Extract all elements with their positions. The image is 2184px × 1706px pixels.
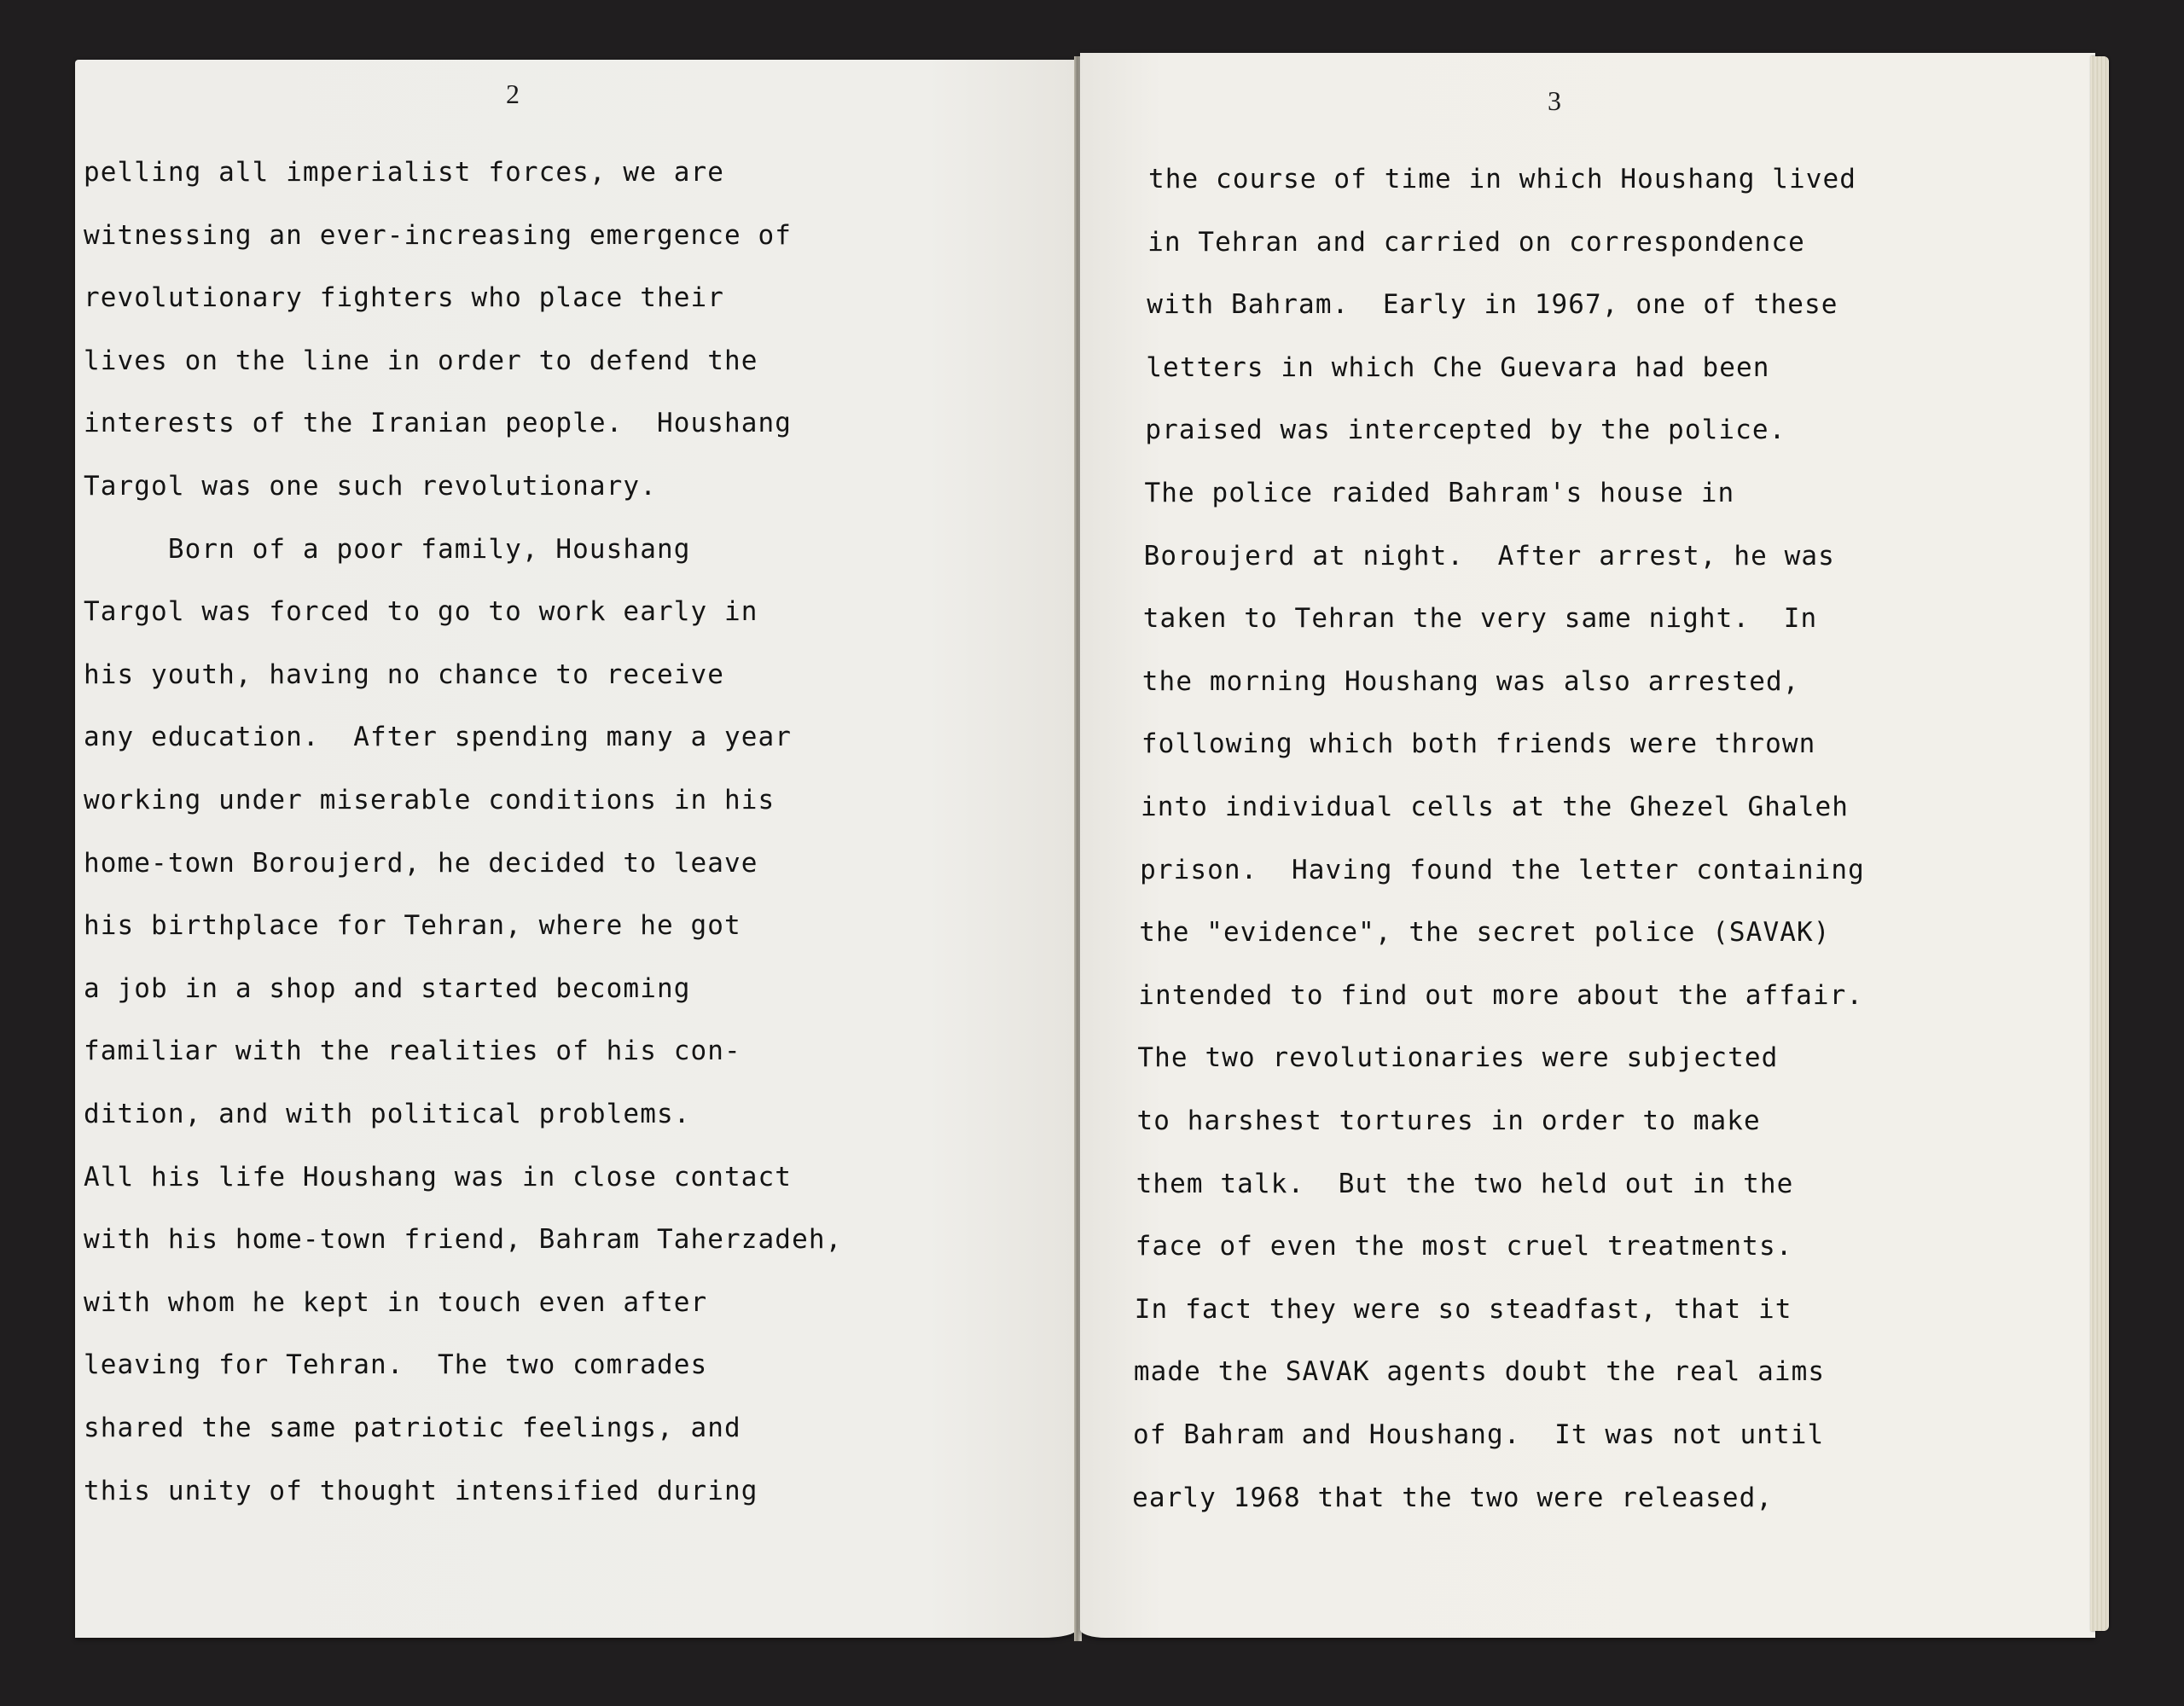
text-line: into individual cells at the Ghezel Ghal… bbox=[1141, 790, 1849, 824]
text-line: praised was intercepted by the police. bbox=[1145, 413, 1786, 447]
text-line: working under miserable conditions in hi… bbox=[84, 783, 775, 817]
text-line: familiar with the realities of his con- bbox=[84, 1034, 741, 1068]
text-line: intended to find out more about the affa… bbox=[1138, 978, 1863, 1013]
text-line: of Bahram and Houshang. It was not until bbox=[1133, 1418, 1824, 1452]
text-line: Targol was forced to go to work early in bbox=[84, 595, 758, 629]
page-edge-stack bbox=[2090, 56, 2109, 1631]
text-line: The two revolutionaries were subjected bbox=[1137, 1041, 1778, 1075]
text-line: shared the same patriotic feelings, and bbox=[84, 1411, 741, 1445]
text-line: any education. After spending many a yea… bbox=[84, 720, 792, 754]
text-line: his birthplace for Tehran, where he got bbox=[84, 908, 741, 943]
text-line: with his home-town friend, Bahram Taherz… bbox=[84, 1222, 842, 1256]
text-line: a job in a shop and started becoming bbox=[84, 972, 691, 1006]
text-line: the course of time in which Houshang liv… bbox=[1148, 162, 1856, 196]
text-line: made the SAVAK agents doubt the real aim… bbox=[1134, 1355, 1825, 1389]
text-line: witnessing an ever-increasing emergence … bbox=[84, 218, 792, 252]
text-line: in Tehran and carried on correspondence bbox=[1147, 225, 1805, 259]
text-line: Boroujerd at night. After arrest, he was bbox=[1144, 539, 1835, 573]
text-line: them talk. But the two held out in the bbox=[1136, 1167, 1794, 1201]
text-line: with Bahram. Early in 1967, one of these bbox=[1147, 287, 1838, 322]
text-line: The police raided Bahram's house in bbox=[1145, 476, 1735, 510]
text-line: In fact they were so steadfast, that it bbox=[1135, 1292, 1792, 1326]
text-line: home-town Boroujerd, he decided to leave bbox=[84, 846, 758, 880]
left-page: 2 pelling all imperialist forces, we are… bbox=[75, 60, 1077, 1638]
text-line: Born of a poor family, Houshang bbox=[84, 532, 691, 566]
text-line: prison. Having found the letter containi… bbox=[1140, 853, 1865, 887]
text-line: early 1968 that the two were released, bbox=[1132, 1481, 1773, 1515]
text-line: interests of the Iranian people. Houshan… bbox=[84, 406, 792, 440]
text-line: taken to Tehran the very same night. In bbox=[1143, 601, 1818, 635]
text-line: following which both friends were thrown bbox=[1141, 727, 1816, 761]
text-line: All his life Houshang was in close conta… bbox=[84, 1160, 792, 1194]
page-number-left: 2 bbox=[506, 78, 520, 110]
text-line: dition, and with political problems. bbox=[84, 1097, 691, 1131]
text-line: pelling all imperialist forces, we are bbox=[84, 155, 724, 189]
text-line: Targol was one such revolutionary. bbox=[84, 469, 657, 503]
text-line: to harshest tortures in order to make bbox=[1137, 1104, 1761, 1138]
text-line: face of even the most cruel treatments. bbox=[1136, 1229, 1793, 1263]
text-line: his youth, having no chance to receive bbox=[84, 658, 724, 692]
text-line: the "evidence", the secret police (SAVAK… bbox=[1139, 915, 1830, 949]
text-line: with whom he kept in touch even after bbox=[84, 1285, 707, 1320]
text-line: lives on the line in order to defend the bbox=[84, 344, 758, 378]
text-line: the morning Houshang was also arrested, bbox=[1142, 664, 1800, 699]
text-line: revolutionary fighters who place their bbox=[84, 281, 724, 315]
text-line: leaving for Tehran. The two comrades bbox=[84, 1348, 707, 1382]
right-page: 3 the course of time in which Houshang l… bbox=[1080, 53, 2095, 1638]
text-line: letters in which Che Guevara had been bbox=[1146, 351, 1769, 385]
page-number-right: 3 bbox=[1548, 85, 1561, 117]
text-line: this unity of thought intensified during bbox=[84, 1474, 758, 1508]
